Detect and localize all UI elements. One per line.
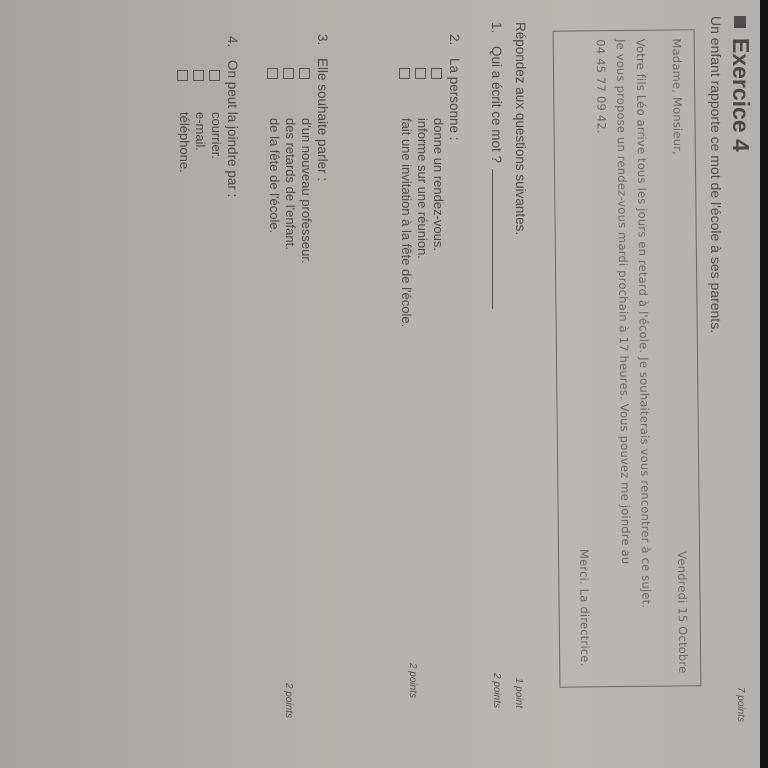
question-3: 3.Elle souhaite parler : [315,34,330,181]
checkbox-q3-opt1[interactable] [299,68,310,79]
note-line-3: 04 45 77 09 42. [594,39,609,134]
checkbox-q4-opt1[interactable] [209,70,220,81]
q3-points: 2 points [407,663,418,698]
checkbox-q4-opt3[interactable] [177,70,188,81]
option-q3-1: d'un nouveau professeur. [299,118,314,264]
option-q3-3: de la fête de l'école. [267,118,282,233]
checkbox-q2-opt2[interactable] [415,68,426,79]
question-text: On peut la joindre par : [225,60,240,197]
note-line-2: Je vous propose un rendez-vous mardi pro… [614,39,634,564]
checkbox-q2-opt1[interactable] [431,68,442,79]
note-date: Vendredi 15 Octobre [675,551,690,673]
option-q4-1: courrier. [209,112,224,159]
checkbox-q3-opt2[interactable] [283,68,294,79]
q4-points: 2 points [283,683,294,718]
option-q4-2: e-mail. [193,112,208,151]
question-text: Elle souhaite parler : [315,58,330,181]
question-4: 4.On peut la joindre par : [225,36,240,197]
option-q2-1: donne un rendez-vous. [431,118,446,251]
exercise-title: Exercice 4 [727,38,754,152]
question-number: 4. [225,36,240,60]
checkbox-q4-opt2[interactable] [193,70,204,81]
answer-input-q1[interactable] [492,169,503,309]
page-edge-shadow [760,0,768,768]
note-salutation: Madame, Monsieur, [670,38,685,155]
question-2: 2.La personne : [447,34,462,141]
option-q2-3: fait une invitation à la fête de l'école… [399,118,414,327]
note-line-1: Votre fils Léo arrive tous les jours en … [634,39,654,608]
q1-points: 1 point [513,678,524,708]
option-q3-2: des retards de l'enfant. [283,118,298,250]
worksheet-page: Exercice 4 7 points Un enfant rapporte c… [0,0,760,768]
question-text: Qui a écrit ce mot ? [489,46,504,163]
exercise-intro: Un enfant rapporte ce mot de l'école à s… [708,16,724,333]
school-note: Madame, Monsieur, Vendredi 15 Octobre Vo… [553,29,702,687]
question-number: 1. [489,22,504,46]
checkbox-q2-opt3[interactable] [399,68,410,79]
q2-points: 2 points [491,673,502,708]
note-signature: Merci. La directrice. [577,549,592,667]
total-points: 7 points [735,687,746,722]
checkbox-q3-opt3[interactable] [267,68,278,79]
option-q4-3: téléphone. [177,112,192,173]
question-1: 1.Qui a écrit ce mot ? [489,22,504,309]
exercise-header: Exercice 4 7 points Un enfant rapporte c… [696,12,756,752]
square-bullet-icon [734,16,746,28]
question-number: 2. [447,34,462,58]
option-q2-2: informe sur une réunion. [415,118,430,259]
question-number: 3. [315,34,330,58]
question-text: La personne : [447,58,462,141]
instructions: Répondez aux questions suivantes. [513,22,528,235]
